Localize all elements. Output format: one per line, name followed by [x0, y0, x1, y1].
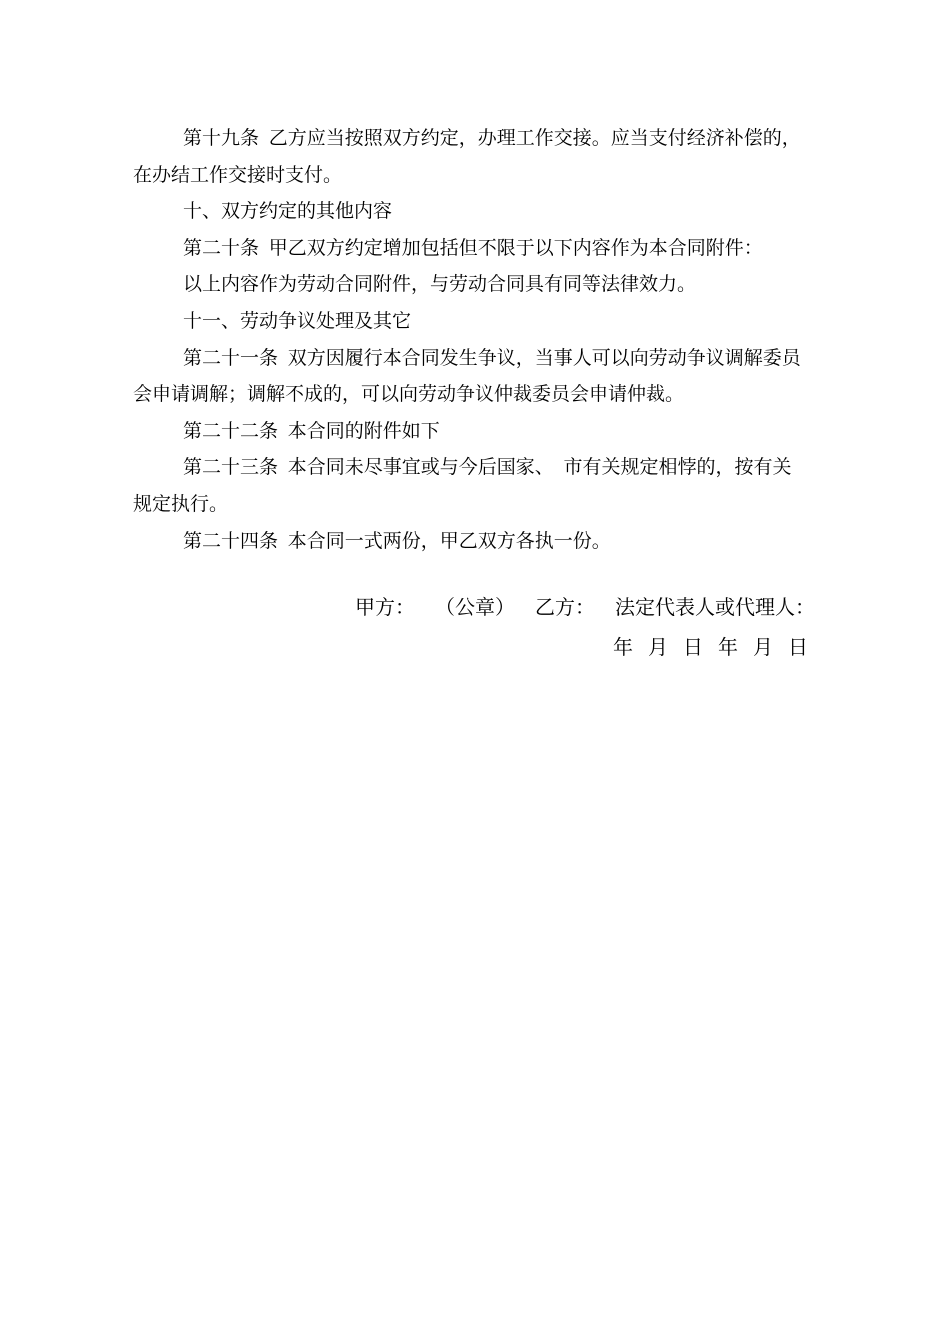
signature-date-line: 年 月 日 年 月 日 [613, 634, 808, 662]
contract-clause-line: 第十九条 乙方应当按照双方约定，办理工作交接。应当支付经济补偿的， [133, 121, 833, 158]
contract-clause-line: 在办结工作交接时支付。 [133, 158, 833, 195]
contract-section-heading: 十、双方约定的其他内容 [133, 194, 833, 231]
document-page: 第十九条 乙方应当按照双方约定，办理工作交接。应当支付经济补偿的， 在办结工作交… [0, 0, 950, 1344]
contract-clause-line: 第二十条 甲乙双方约定增加包括但不限于以下内容作为本合同附件： [133, 231, 833, 268]
contract-clause-line: 规定执行。 [133, 487, 833, 524]
contract-clause-line: 以上内容作为劳动合同附件，与劳动合同具有同等法律效力。 [133, 267, 833, 304]
signature-parties-line: 甲方： （公章） 乙方： 法定代表人或代理人： [355, 594, 815, 622]
contract-clause-line: 第二十三条 本合同未尽事宜或与今后国家、 市有关规定相悖的，按有关 [133, 450, 833, 487]
contract-clause-line: 第二十一条 双方因履行本合同发生争议，当事人可以向劳动争议调解委员 [133, 341, 833, 378]
contract-clause-line: 第二十二条 本合同的附件如下 [133, 414, 833, 451]
contract-body: 第十九条 乙方应当按照双方约定，办理工作交接。应当支付经济补偿的， 在办结工作交… [133, 121, 833, 560]
contract-clause-line: 会申请调解；调解不成的，可以向劳动争议仲裁委员会申请仲裁。 [133, 377, 833, 414]
contract-clause-line: 第二十四条 本合同一式两份，甲乙双方各执一份。 [133, 524, 833, 561]
contract-section-heading: 十一、劳动争议处理及其它 [133, 304, 833, 341]
